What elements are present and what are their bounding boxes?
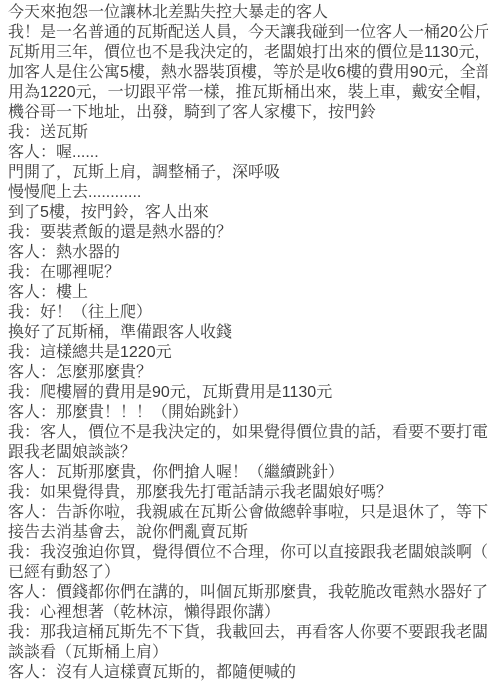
text-line: 今天來抱怨一位讓林北差點失控大暴走的客人 xyxy=(8,3,488,23)
text-line: 我：那我這桶瓦斯先不下貨，我載回去，再看客人你要不要跟我老闆娘 xyxy=(8,623,488,643)
text-line: 客人：熱水器的 xyxy=(8,243,488,263)
text-line: 門開了，瓦斯上肩，調整桶子，深呼吸 xyxy=(8,163,488,183)
text-line: 慢慢爬上去............ xyxy=(8,183,488,203)
text-line: 我：要裝煮飯的還是熱水器的？ xyxy=(8,223,488,243)
text-line: 用為1220元，一切跟平常一樣，推瓦斯桶出來，裝上車，戴安全帽，手 xyxy=(8,83,488,103)
story-text: 今天來抱怨一位讓林北差點失控大暴走的客人我！是一名普通的瓦斯配送人員，今天讓我碰… xyxy=(8,3,488,683)
text-line: 我：我沒強迫你買，覺得價位不合理，你可以直接跟我老闆娘談啊（我 xyxy=(8,543,488,563)
text-line: 客人：樓上 xyxy=(8,283,488,303)
text-line: 我：這樣總共是1220元 xyxy=(8,343,488,363)
text-line: 客人：價錢都你們在講的，叫個瓦斯那麼貴，我乾脆改電熱水器好了 xyxy=(8,583,488,603)
text-line: 客人：告訴你啦，我親戚在瓦斯公會做總幹事啦，只是退休了，等下直 xyxy=(8,503,488,523)
text-line: 我：如果覺得貴，那麼我先打電話請示我老闆娘好嗎？ xyxy=(8,483,488,503)
text-line: 我：心裡想著（乾林涼，懶得跟你講） xyxy=(8,603,488,623)
text-line: 接告去消基會去，說你們亂賣瓦斯 xyxy=(8,523,488,543)
text-line: 我：送瓦斯 xyxy=(8,123,488,143)
text-line: 機谷哥一下地址，出發，騎到了客人家樓下，按門鈴 xyxy=(8,103,488,123)
text-line: 到了5樓，按門鈴，客人出來 xyxy=(8,203,488,223)
text-line: 換好了瓦斯桶，準備跟客人收錢 xyxy=(8,323,488,343)
text-line: 我：在哪裡呢？ xyxy=(8,263,488,283)
post-page: 今天來抱怨一位讓林北差點失控大暴走的客人我！是一名普通的瓦斯配送人員，今天讓我碰… xyxy=(0,0,494,685)
text-line: 客人：那麼貴！！！（開始跳針） xyxy=(8,403,488,423)
text-line: 跟我老闆娘談談？ xyxy=(8,443,488,463)
text-line: 加客人是住公寓5樓，熱水器裝頂樓，等於是收6樓的費用90元，全部費 xyxy=(8,63,488,83)
text-line: 客人：喔...... xyxy=(8,143,488,163)
text-line: 我！是一名普通的瓦斯配送人員，今天讓我碰到一位客人一桶20公斤的 xyxy=(8,23,488,43)
text-line: 瓦斯用三年，價位也不是我決定的，老闆娘打出來的價位是1130元，外 xyxy=(8,43,488,63)
text-line: 已經有動怒了） xyxy=(8,563,488,583)
text-line: 客人：怎麼那麼貴？ xyxy=(8,363,488,383)
text-line: 我：客人，價位不是我決定的，如果覺得價位貴的話，看要不要打電話 xyxy=(8,423,488,443)
text-line: 談談看（瓦斯桶上肩） xyxy=(8,643,488,663)
text-line: 客人：沒有人這樣賣瓦斯的，都隨便喊的 xyxy=(8,663,488,683)
text-line: 我：好！（往上爬） xyxy=(8,303,488,323)
text-line: 我：爬樓層的費用是90元，瓦斯費用是1130元 xyxy=(8,383,488,403)
text-line: 客人：瓦斯那麼貴，你們搶人喔！（繼續跳針） xyxy=(8,463,488,483)
